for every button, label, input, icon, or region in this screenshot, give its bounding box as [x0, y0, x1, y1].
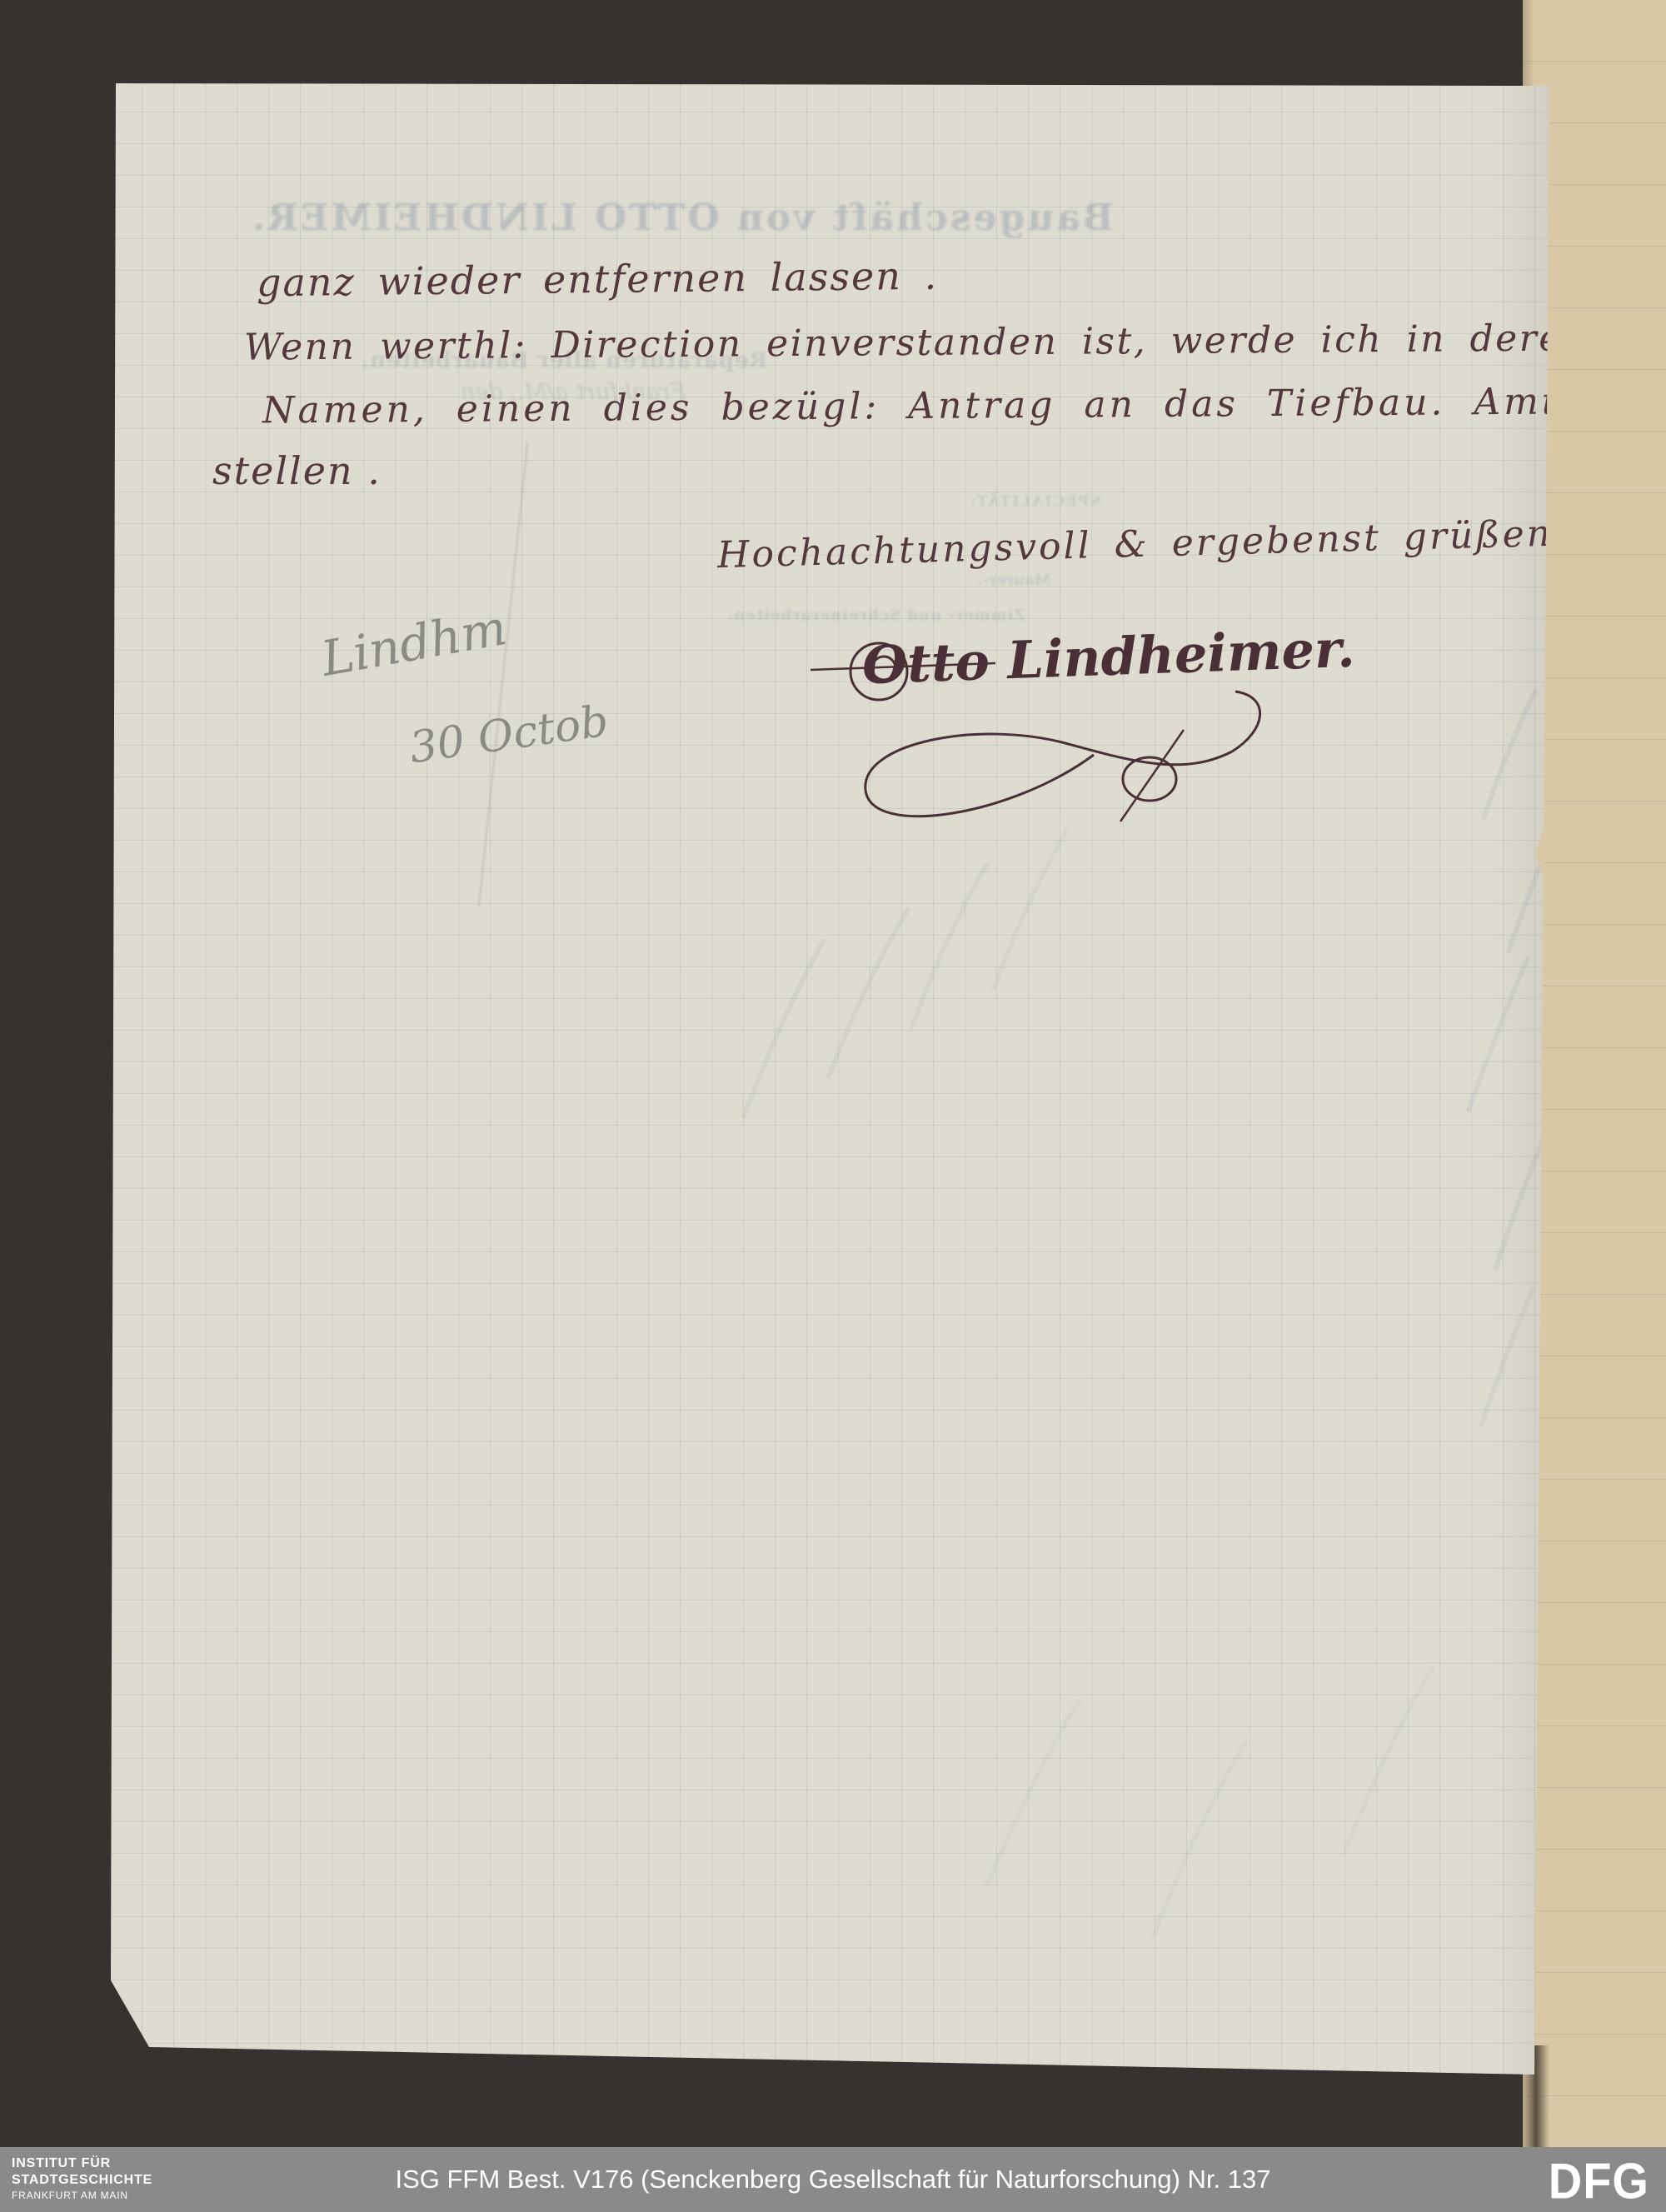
- archive-footer-bar: ISG FFM Best. V176 (Senckenberg Gesellsc…: [0, 2147, 1666, 2212]
- paper-crease: [478, 442, 529, 906]
- institute-logo: INSTITUT FÜR STADTGESCHICHTE FRANKFURT A…: [12, 2155, 152, 2202]
- handwriting-line-3: Namen, einen dies bezügl: Antrag an das …: [262, 381, 1560, 432]
- handwriting-line-1: ganz wieder entfernen lassen .: [257, 253, 939, 306]
- handwriting-line-2: Wenn werthl: Direction einverstanden ist…: [244, 317, 1589, 368]
- archive-reference: ISG FFM Best. V176 (Senckenberg Gesellsc…: [0, 2147, 1666, 2212]
- institute-line-1: INSTITUT FÜR: [12, 2155, 152, 2172]
- signature-text: Otto Lindheimer.: [861, 618, 1356, 697]
- institute-line-2: STADTGESCHICHTE: [12, 2172, 152, 2189]
- dfg-logo: DFG: [1549, 2152, 1649, 2208]
- letter-sheet: Baugeschäft von OTTO LINDHEIMER. Reparat…: [111, 83, 1549, 2075]
- pencil-note-line-1: Lindhm: [317, 599, 511, 687]
- handwriting-line-4: stellen .: [212, 448, 382, 493]
- pencil-note-line-2: 30 Octob: [407, 697, 611, 774]
- bleedthrough-carpentry-line: Zimmer- und Schreinerarbeiten.: [727, 607, 1025, 624]
- bleedthrough-letterhead-title: Baugeschäft von OTTO LINDHEIMER.: [250, 197, 1114, 239]
- institute-line-3: FRANKFURT AM MAIN: [12, 2190, 152, 2202]
- closing-line: Hochachtungsvoll & ergebenst grüßen: [717, 512, 1554, 577]
- archive-scan-page: { "colors": { "backdrop": "#36322f", "pa…: [0, 0, 1666, 2212]
- bleedthrough-specialty-line: SPECIALITÄT:: [969, 493, 1101, 510]
- bleedthrough-mason-line: Maurer-.: [977, 572, 1051, 589]
